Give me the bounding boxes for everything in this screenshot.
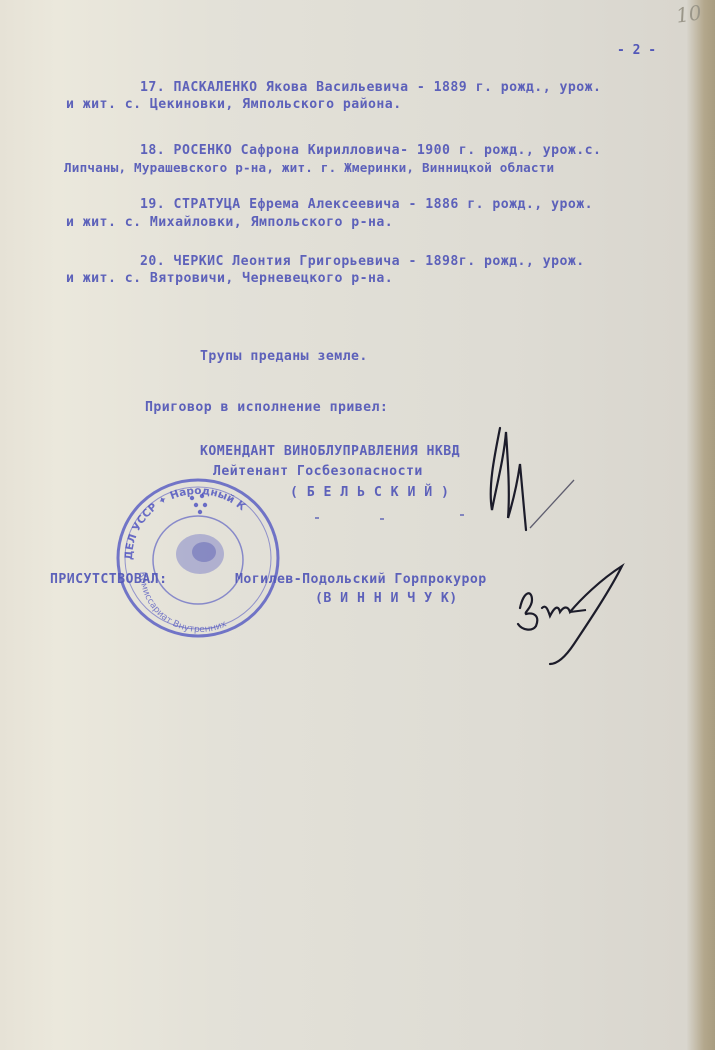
- entry-20-line1: 20. ЧЕРКИС Леонтия Григорьевича - 1898г.…: [140, 254, 585, 269]
- entry-17-line1: 17. ПАСКАЛЕНКО Якова Васильевича - 1889 …: [140, 80, 601, 95]
- present-title: Могилев-Подольский Горпрокурор: [235, 572, 487, 587]
- present-name: (В И Н Н И Ч У К): [315, 591, 458, 606]
- commandant-signature: [470, 418, 580, 538]
- prosecutor-signature: [510, 560, 640, 670]
- sheet-number: 10: [674, 0, 703, 27]
- commandant-name: ( Б Е Л Ь С К И Й ): [290, 485, 449, 500]
- entry-18-line2: Липчаны, Мурашевского р-на, жит. г. Жмер…: [64, 160, 554, 175]
- entry-19-line2: и жит. с. Михайловки, Ямпольского р-на.: [66, 215, 393, 230]
- entry-18-line1: 18. РОСЕНКО Сафрона Кирилловича- 1900 г.…: [140, 143, 601, 158]
- entry-19-line1: 19. СТРАТУЦА Ефрема Алексеевича - 1886 г…: [140, 197, 593, 212]
- entry-17-line2: и жит. с. Цекиновки, Ямпольского района.: [66, 97, 402, 112]
- entry-20-line2: и жит. с. Вятровичи, Черневецкого р-на.: [66, 271, 393, 286]
- executed-by-label: Приговор в исполнение привел:: [145, 400, 388, 415]
- burial-note: Трупы преданы земле.: [200, 349, 368, 364]
- present-label: ПРИСУТСТВОВАЛ:: [50, 572, 167, 587]
- commandant-title: КОМЕНДАНТ ВИНОБЛУПРАВЛЕНИЯ НКВД: [200, 444, 460, 459]
- page-marker: - 2 -: [617, 43, 656, 58]
- official-stamp: ДЕЛ УССР ✦ Народный К Комиссариат Внутре…: [112, 472, 284, 642]
